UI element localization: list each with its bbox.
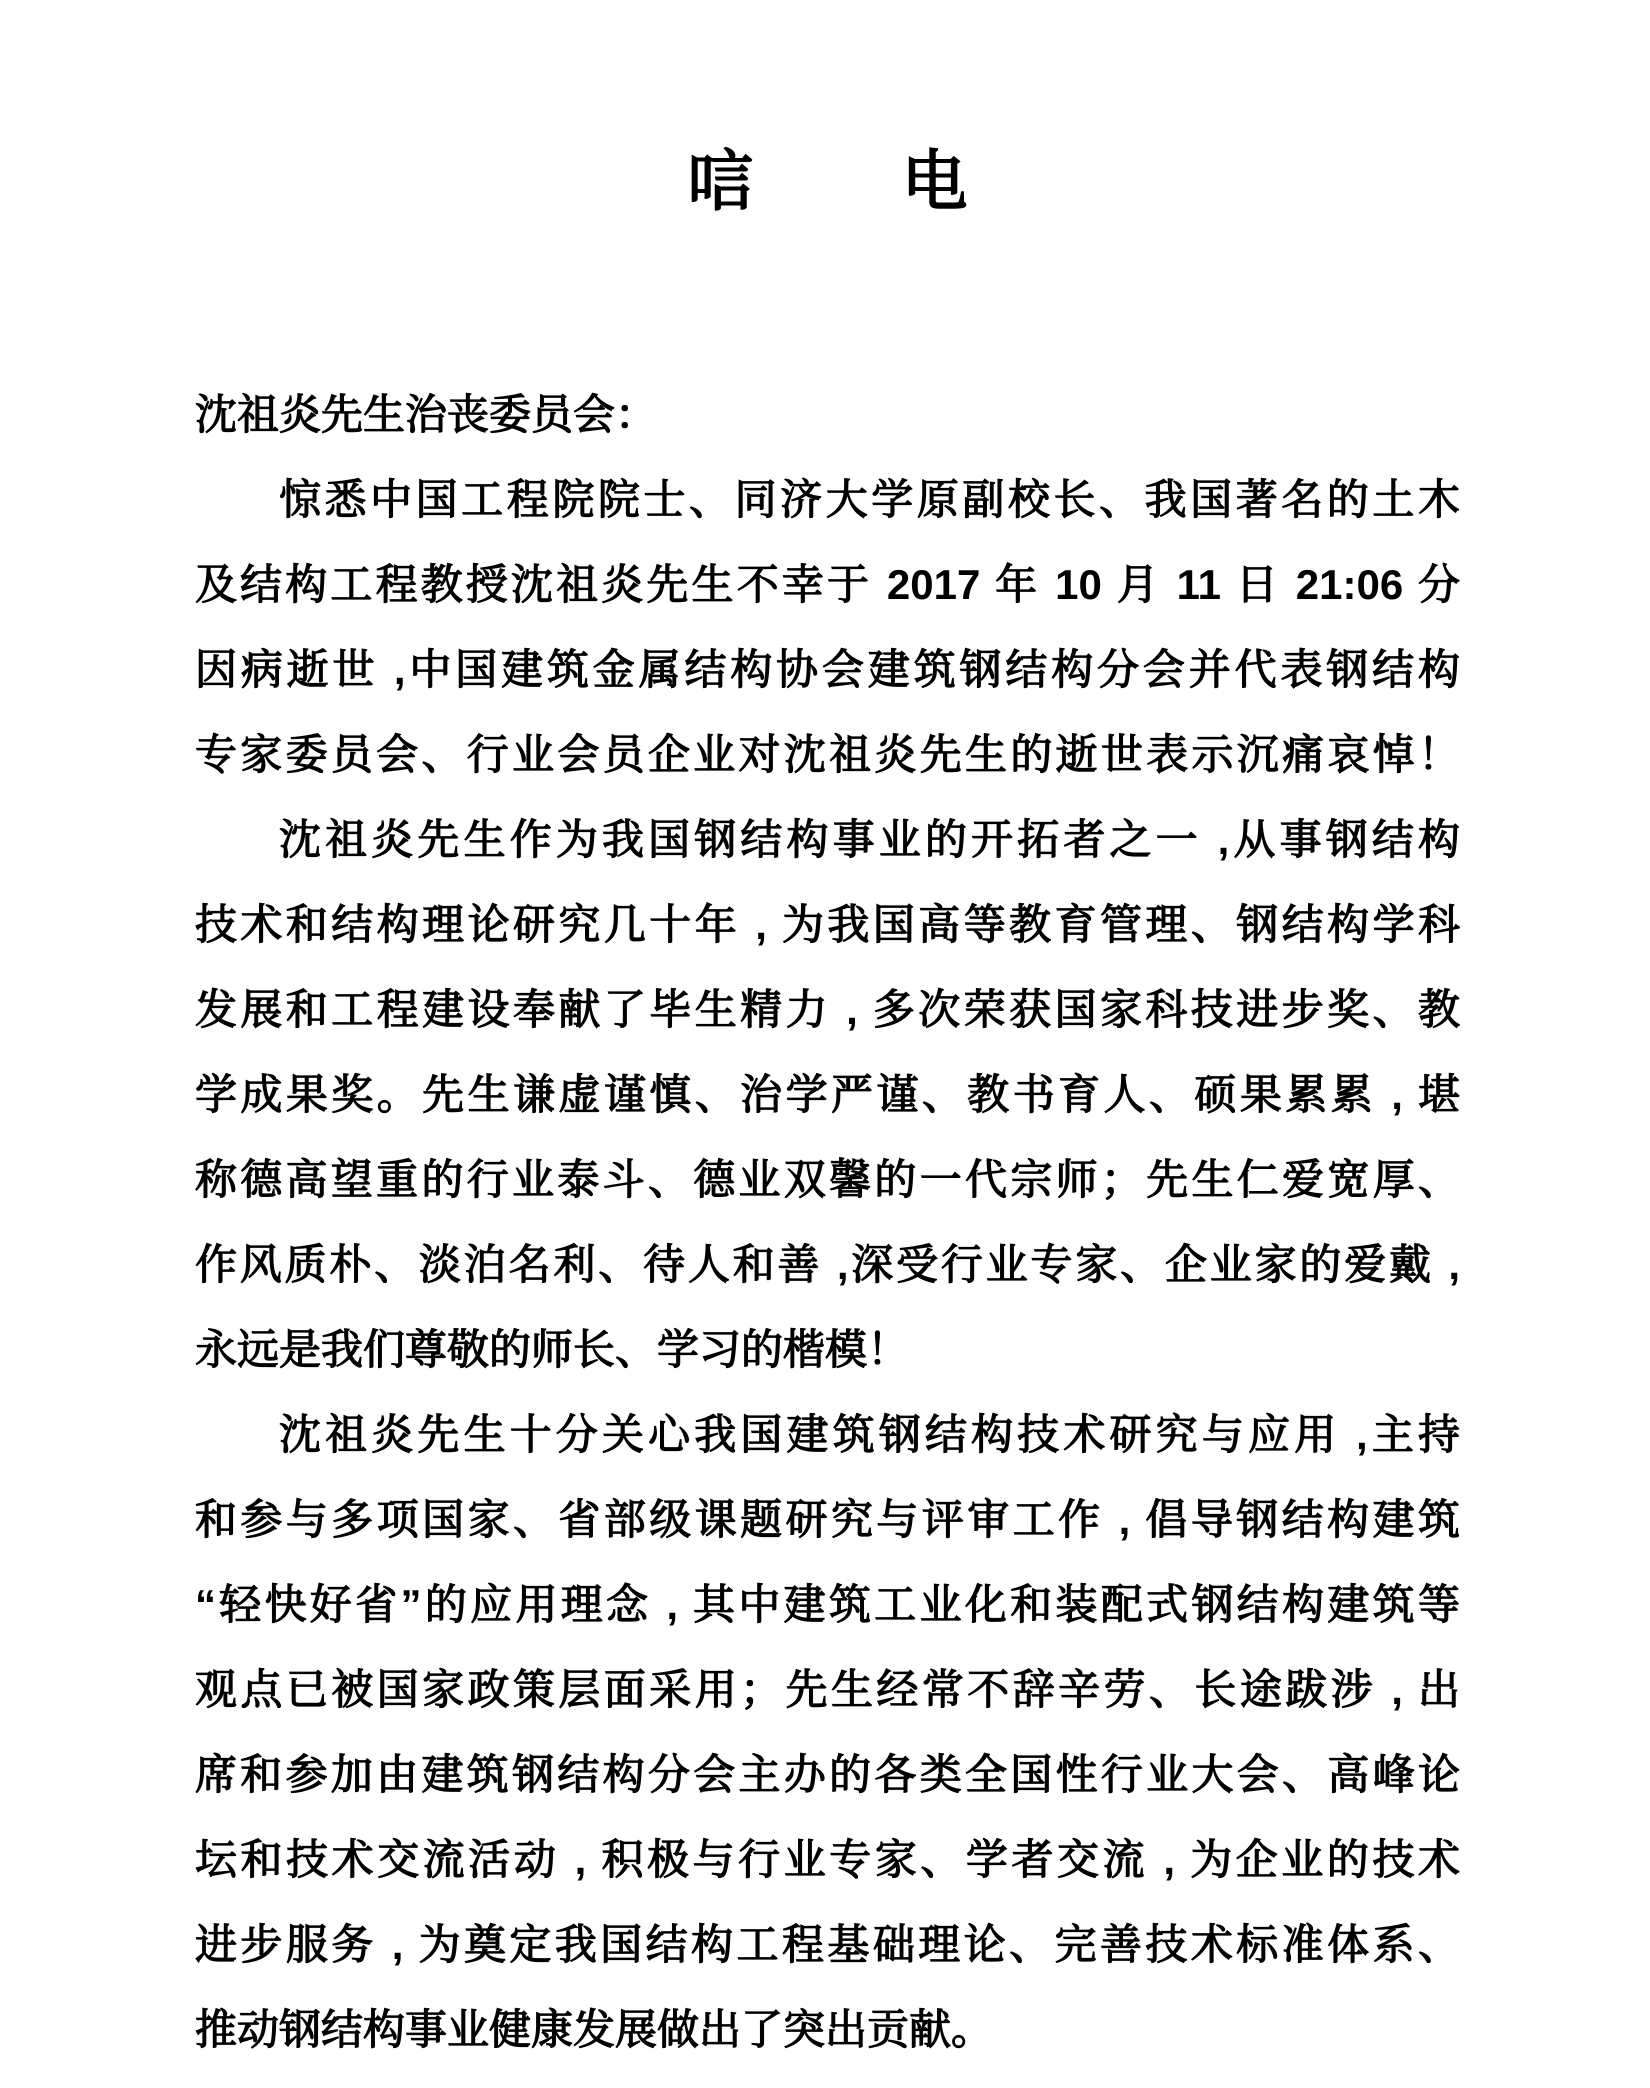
text-line: 因病逝世 ,中国建筑金属结构协会建筑钢结构分会并代表钢结构 [195, 627, 1460, 712]
document-content: 唁 电 沈祖炎先生治丧委员会：惊悉中国工程院院士、同济大学原副校长、我国著名的土… [195, 148, 1460, 2072]
text-line: 推动钢结构事业健康发展做出了突出贡献。 [195, 1987, 1460, 2072]
text-line: 沈祖炎先生十分关心我国建筑钢结构技术研究与应用 ,主持 [195, 1392, 1460, 1477]
text-line: 学成果奖。先生谦虚谨慎、治学严谨、教书育人、硕果累累 , 堪 [195, 1052, 1460, 1137]
text-line: “轻快好省”的应用理念 , 其中建筑工业化和装配式钢结构建筑等 [195, 1562, 1460, 1647]
text-line: 观点已被国家政策层面采用；先生经常不辞辛劳、长途跋涉 , 出 [195, 1647, 1460, 1732]
title-char-2: 电 [902, 148, 968, 214]
text-line: 专家委员会、行业会员企业对沈祖炎先生的逝世表示沉痛哀悼！ [195, 712, 1460, 797]
text-line: 沈祖炎先生作为我国钢结构事业的开拓者之一 ,从事钢结构 [195, 797, 1460, 882]
document-text-block: 沈祖炎先生治丧委员会：惊悉中国工程院院士、同济大学原副校长、我国著名的土木及结构… [195, 372, 1460, 2072]
text-line: 惊悉中国工程院院士、同济大学原副校长、我国著名的土木 [195, 457, 1460, 542]
text-line: 坛和技术交流活动 , 积极与行业专家、学者交流 , 为企业的技术 [195, 1817, 1460, 1902]
text-line: 发展和工程建设奉献了毕生精力 , 多次荣获国家科技进步奖、教 [195, 967, 1460, 1052]
text-line: 技术和结构理论研究几十年 , 为我国高等教育管理、钢结构学科 [195, 882, 1460, 967]
text-line: 沈祖炎先生治丧委员会： [195, 372, 1460, 457]
document-title: 唁 电 [195, 148, 1460, 214]
text-line: 及结构工程教授沈祖炎先生不幸于 2017 年 10 月 11 日 21:06 分 [195, 542, 1460, 627]
title-char-1: 唁 [688, 148, 754, 214]
text-line: 进步服务 , 为奠定我国结构工程基础理论、完善技术标准体系、 [195, 1902, 1460, 1987]
text-line: 作风质朴、淡泊名利、待人和善 ,深受行业专家、企业家的爱戴 , [195, 1222, 1460, 1307]
text-line: 称德高望重的行业泰斗、德业双馨的一代宗师；先生仁爱宽厚、 [195, 1137, 1460, 1222]
text-line: 和参与多项国家、省部级课题研究与评审工作 , 倡导钢结构建筑 [195, 1477, 1460, 1562]
text-line: 席和参加由建筑钢结构分会主办的各类全国性行业大会、高峰论 [195, 1732, 1460, 1817]
text-line: 永远是我们尊敬的师长、学习的楷模！ [195, 1307, 1460, 1392]
document-page: 唁 电 沈祖炎先生治丧委员会：惊悉中国工程院院士、同济大学原副校长、我国著名的土… [0, 0, 1650, 2088]
